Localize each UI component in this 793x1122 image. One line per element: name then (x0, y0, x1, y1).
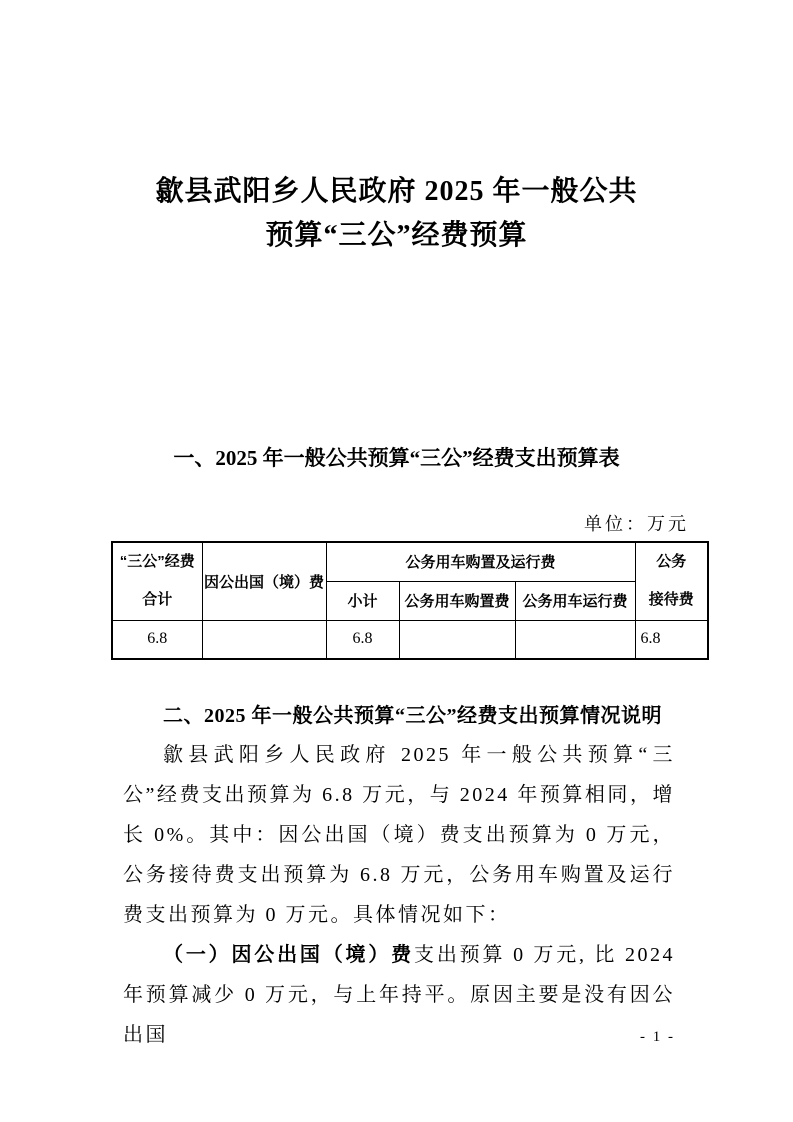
table-data-row: 6.8 6.8 6.8 (112, 620, 708, 659)
header-cell-vehicle-purchase: 公务用车购置费 (399, 581, 515, 620)
section2-heading: 二、2025 年一般公共预算“三公”经费支出预算情况说明 (123, 699, 685, 733)
header-cell-total: “三公”经费 合计 (112, 542, 202, 620)
document-title-line2: 预算“三公”经费预算 (0, 214, 793, 258)
value-cell-vehicle-subtotal: 6.8 (326, 620, 399, 659)
header-reception-line1: 公务 (636, 543, 708, 581)
page-number: - 1 - (640, 1029, 675, 1046)
value-cell-abroad (202, 620, 326, 659)
header-total-line2: 合计 (113, 581, 202, 619)
table-header-row-1: “三公”经费 合计 因公出国（境）费 公务用车购置及运行费 公务 接待费 (112, 542, 708, 581)
three-public-budget-table: “三公”经费 合计 因公出国（境）费 公务用车购置及运行费 公务 接待费 小计 … (111, 541, 709, 660)
value-cell-vehicle-operation (515, 620, 635, 659)
header-cell-vehicle-subtotal: 小计 (326, 581, 399, 620)
document-page: 歙县武阳乡人民政府 2025 年一般公共 预算“三公”经费预算 一、2025 年… (0, 0, 793, 1122)
header-cell-reception: 公务 接待费 (635, 542, 708, 620)
header-cell-vehicle-operation: 公务用车运行费 (515, 581, 635, 620)
section1-heading: 一、2025 年一般公共预算“三公”经费支出预算表 (0, 443, 793, 473)
value-cell-total: 6.8 (112, 620, 202, 659)
document-title-line1: 歙县武阳乡人民政府 2025 年一般公共 (0, 170, 793, 214)
value-cell-vehicle-purchase (399, 620, 515, 659)
paragraph-budget-overview: 歙县武阳乡人民政府 2025 年一般公共预算“三公”经费支出预算为 6.8 万元… (123, 735, 675, 935)
document-title: 歙县武阳乡人民政府 2025 年一般公共 预算“三公”经费预算 (0, 170, 793, 258)
table-unit-label: 单位：万元 (584, 512, 689, 536)
header-reception-line2: 接待费 (636, 581, 708, 619)
header-cell-abroad: 因公出国（境）费 (202, 542, 326, 620)
value-cell-reception: 6.8 (635, 620, 708, 659)
paragraph-abroad-expense-lead: （一）因公出国（境）费 (163, 944, 414, 966)
header-cell-vehicle-group: 公务用车购置及运行费 (326, 542, 635, 581)
header-total-line1: “三公”经费 (113, 543, 202, 581)
paragraph-abroad-expense: （一）因公出国（境）费支出预算 0 万元, 比 2024 年预算减少 0 万元，… (123, 935, 675, 1055)
